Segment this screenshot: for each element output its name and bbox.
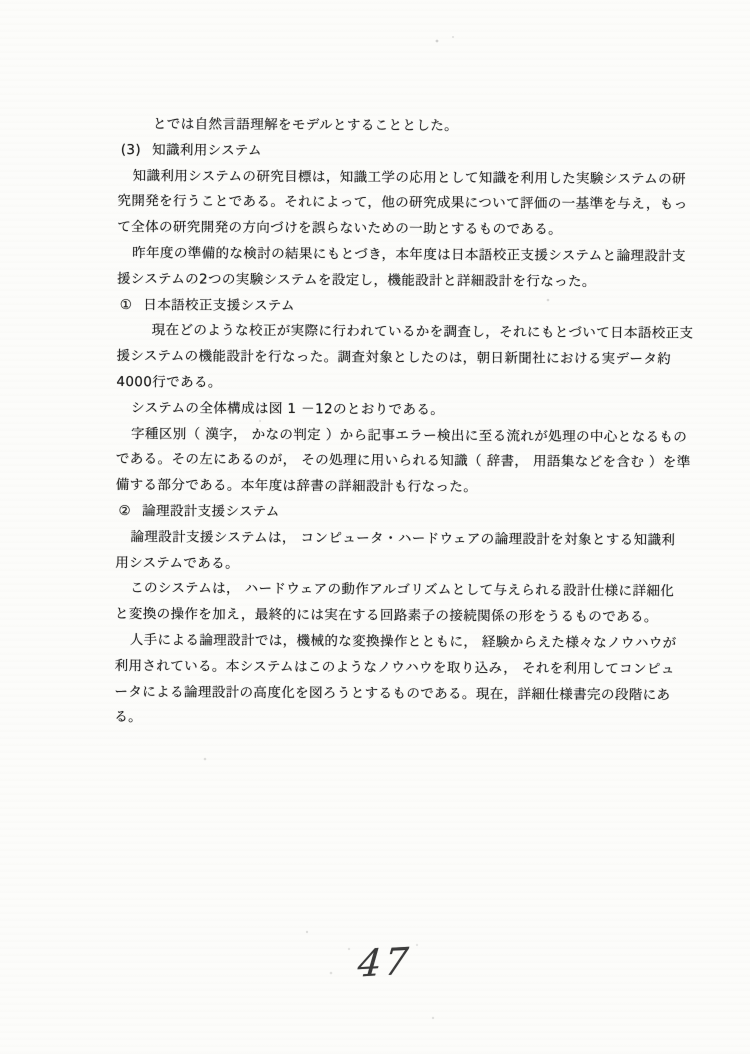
document-text-block: とでは自然言語理解をモデルとすることとした。(3)知識利用システム知識利用システ… — [114, 112, 678, 735]
line-text: 知識利用システム — [152, 142, 262, 159]
line-text: 援システムの機能設計を行なった。調査対象としたのは，朝日新聞社における実データ約 — [116, 348, 671, 367]
line-text: 字種区別（ 漢字， かなの判定 ）から記事エラー検出に至る流れが処理の中心となる… — [131, 426, 687, 445]
line-text: ータによる論理設計の高度化を図ろうとするものである。現在，詳細仕様書完の段階にあ — [114, 684, 670, 703]
line-text: 昨年度の準備的な検討の結果にもとづき，本年度は日本語校正支援システムと論理設計支 — [132, 245, 686, 264]
text-line: る。 — [114, 705, 674, 734]
line-text: る。 — [114, 709, 142, 725]
item-marker: ② — [119, 503, 132, 519]
text-line: である。その左にあるのが， その処理に用いられる知識（ 辞書， 用語集などを含む… — [116, 447, 676, 476]
line-text: 論理設計支援システムは， コンピュータ・ハードウェアの論理設計を対象とする知識利 — [130, 529, 675, 548]
line-text: システムの全体構成は図 1 －12のとおりである。 — [131, 400, 444, 418]
line-text: このシステムは， ハードウェアの動作アルゴリズムとして与えられる設計仕様に詳細化 — [130, 580, 674, 599]
line-text: 4000行である。 — [116, 374, 222, 391]
text-line: て全体の研究開発の方向づけを誤らないための一助とするものである。 — [117, 215, 677, 244]
item-marker: (3) — [121, 142, 141, 158]
line-text: 利用されている。本システムはこのようなノウハウを取り込み， それを利用してコンピ… — [115, 658, 675, 677]
line-text: である。その左にあるのが， その処理に用いられる知識（ 辞書， 用語集などを含む… — [116, 451, 691, 471]
text-line: 利用されている。本システムはこのようなノウハウを取り込み， それを利用してコンピ… — [115, 654, 675, 683]
text-line: 人手による論理設計では，機械的な変換操作とともに， 経験からえた様々なノウハウが — [115, 628, 675, 657]
text-line: とでは自然言語理解をモデルとすることとした。 — [118, 112, 678, 141]
page-number-handwritten: 47 — [356, 939, 413, 985]
line-text: 究開発を行うことである。それによって，他の研究成果について評価の一基準を与え，も… — [117, 193, 687, 212]
line-text: て全体の研究開発の方向づけを誤らないための一助とするものである。 — [117, 219, 562, 238]
scanned-document-page: とでは自然言語理解をモデルとすることとした。(3)知識利用システム知識利用システ… — [0, 0, 750, 1054]
line-text: 人手による論理設計では，機械的な変換操作とともに， 経験からえた様々なノウハウが — [130, 632, 677, 651]
text-line: 字種区別（ 漢字， かなの判定 ）から記事エラー検出に至る流れが処理の中心となる… — [116, 422, 676, 451]
list-item-line: ①日本語校正支援システム — [117, 293, 677, 322]
scan-noise-specks — [0, 0, 2, 2]
text-line: 用システムである。 — [115, 551, 675, 580]
line-text: 備する部分である。本年度は辞書の詳細設計も行なった。 — [116, 477, 477, 495]
text-line: 現在どのような校正が実際に行われているかを調査し，それにもとづいて日本語校正支 — [117, 318, 677, 347]
text-line: ータによる論理設計の高度化を図ろうとするものである。現在，詳細仕様書完の段階にあ — [114, 680, 674, 709]
line-text: 援システムの2つの実験システムを設定し，機能設計と詳細設計を行なった。 — [117, 271, 596, 290]
text-line: システムの全体構成は図 1 －12のとおりである。 — [116, 396, 676, 425]
list-item-line: ②論理設計支援システム — [115, 499, 675, 528]
line-text: 日本語校正支援システム — [143, 297, 295, 314]
line-text: 用システムである。 — [115, 555, 239, 572]
list-item-line: (3)知識利用システム — [118, 138, 678, 167]
text-line: 論理設計支援システムは， コンピュータ・ハードウェアの論理設計を対象とする知識利 — [115, 525, 675, 554]
text-line: 援システムの2つの実験システムを設定し，機能設計と詳細設計を行なった。 — [117, 267, 677, 296]
text-line: 知識利用システムの研究目標は，知識工学の応用として知識を利用した実験システムの研 — [118, 164, 678, 193]
line-text: 論理設計支援システム — [142, 503, 280, 520]
line-text: と変換の操作を加え，最終的には実在する回路素子の接続関係の形をうるものである。 — [115, 606, 658, 625]
item-marker: ① — [120, 297, 133, 313]
text-line: 昨年度の準備的な検討の結果にもとづき，本年度は日本語校正支援システムと論理設計支 — [117, 241, 677, 270]
text-line: 援システムの機能設計を行なった。調査対象としたのは，朝日新聞社における実データ約 — [116, 344, 676, 373]
line-text: 知識利用システムの研究目標は，知識工学の応用として知識を利用した実験システムの研 — [133, 168, 686, 187]
text-line: 備する部分である。本年度は辞書の詳細設計も行なった。 — [116, 473, 676, 502]
text-line: と変換の操作を加え，最終的には実在する回路素子の接続関係の形をうるものである。 — [115, 602, 675, 631]
text-line: 究開発を行うことである。それによって，他の研究成果について評価の一基準を与え，も… — [117, 189, 677, 218]
line-text: とでは自然言語理解をモデルとすることとした。 — [153, 116, 458, 134]
text-line: 4000行である。 — [116, 370, 676, 399]
text-line: このシステムは， ハードウェアの動作アルゴリズムとして与えられる設計仕様に詳細化 — [115, 576, 675, 605]
line-text: 現在どのような校正が実際に行われているかを調査し，それにもとづいて日本語校正支 — [152, 323, 694, 342]
